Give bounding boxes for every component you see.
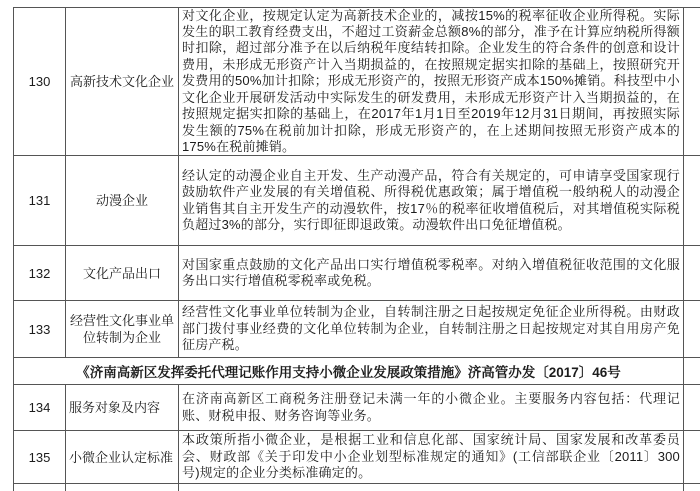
table-gutter: [684, 431, 700, 483]
table-gutter: [684, 301, 700, 357]
row-content-cell: 对国家重点鼓励的文化产品出口实行增值税零税率。对纳入增值税征收范围的文化服务出口…: [179, 246, 684, 300]
row-label-cell: 高新技术文化企业: [66, 8, 179, 155]
row-content-cell: 在济南高新区工商税务注册登记未满一年的小微企业。主要服务内容包括：代理记账、财税…: [179, 385, 684, 430]
table-row: 130 高新技术文化企业 对文化企业，按规定认定为高新技术企业的，减按15%的税…: [13, 7, 700, 156]
row-content-text: 经营性文化事业单位转制为企业，自转制注册之日起按规定免征企业所得税。由财政部门拨…: [182, 304, 680, 353]
row-number-cell: 135: [14, 431, 66, 483]
row-content-text: 经认定的动漫企业自主开发、生产动漫产品，符合有关规定的，可申请享受国家现行鼓励软…: [182, 168, 680, 234]
table-gutter: [684, 156, 700, 245]
row-content-cell: [179, 484, 684, 491]
row-content-text: 本政策所指小微企业，是根据工业和信息化部、国家统计局、国家发展和改革委员会、财政…: [182, 432, 680, 481]
row-content-text: 对文化企业，按规定认定为高新技术企业的，减按15%的税率征收企业所得税。实际发生…: [182, 8, 680, 156]
row-label-cell: 服务对象及内容: [66, 385, 179, 430]
row-number-cell: 130: [14, 8, 66, 155]
row-number-cell: [14, 484, 66, 491]
table-row: 133 经营性文化事业单位转制为企业 经营性文化事业单位转制为企业，自转制注册之…: [13, 301, 700, 358]
row-content-cell: 经营性文化事业单位转制为企业，自转制注册之日起按规定免征企业所得税。由财政部门拨…: [179, 301, 684, 357]
table-gutter: [684, 246, 700, 300]
table-row: 134 服务对象及内容 在济南高新区工商税务注册登记未满一年的小微企业。主要服务…: [13, 385, 700, 431]
row-label-cell: 动漫企业: [66, 156, 179, 245]
row-content-cell: 经认定的动漫企业自主开发、生产动漫产品，符合有关规定的，可申请享受国家现行鼓励软…: [179, 156, 684, 245]
table-row: 131 动漫企业 经认定的动漫企业自主开发、生产动漫产品，符合有关规定的，可申请…: [13, 156, 700, 246]
row-content-text: 对国家重点鼓励的文化产品出口实行增值税零税率。对纳入增值税征收范围的文化服务出口…: [182, 257, 680, 290]
row-label-cell: [66, 484, 179, 491]
row-number-cell: 133: [14, 301, 66, 357]
table-row: 132 文化产品出口 对国家重点鼓励的文化产品出口实行增值税零税率。对纳入增值税…: [13, 246, 700, 301]
table-gutter: [684, 385, 700, 430]
row-content-cell: 本政策所指小微企业，是根据工业和信息化部、国家统计局、国家发展和改革委员会、财政…: [179, 431, 684, 483]
table-row-partial: [13, 484, 700, 491]
table-gutter: [684, 358, 700, 384]
row-label-cell: 文化产品出口: [66, 246, 179, 300]
row-label-cell: 小微企业认定标准: [66, 431, 179, 483]
table-gutter: [684, 8, 700, 155]
table-row: 135 小微企业认定标准 本政策所指小微企业，是根据工业和信息化部、国家统计局、…: [13, 431, 700, 484]
table-gutter: [684, 484, 700, 491]
section-header-title: 《济南高新区发挥委托代理记账作用支持小微企业发展政策措施》济高管办发〔2017〕…: [14, 358, 684, 384]
policy-table: 130 高新技术文化企业 对文化企业，按规定认定为高新技术企业的，减按15%的税…: [13, 7, 700, 491]
row-number-cell: 134: [14, 385, 66, 430]
row-label-cell: 经营性文化事业单位转制为企业: [66, 301, 179, 357]
row-number-cell: 132: [14, 246, 66, 300]
section-header-row: 《济南高新区发挥委托代理记账作用支持小微企业发展政策措施》济高管办发〔2017〕…: [13, 358, 700, 385]
row-content-cell: 对文化企业，按规定认定为高新技术企业的，减按15%的税率征收企业所得税。实际发生…: [179, 8, 684, 155]
document-page: 130 高新技术文化企业 对文化企业，按规定认定为高新技术企业的，减按15%的税…: [0, 0, 700, 491]
row-number-cell: 131: [14, 156, 66, 245]
row-content-text: 在济南高新区工商税务注册登记未满一年的小微企业。主要服务内容包括：代理记账、财税…: [182, 391, 680, 424]
